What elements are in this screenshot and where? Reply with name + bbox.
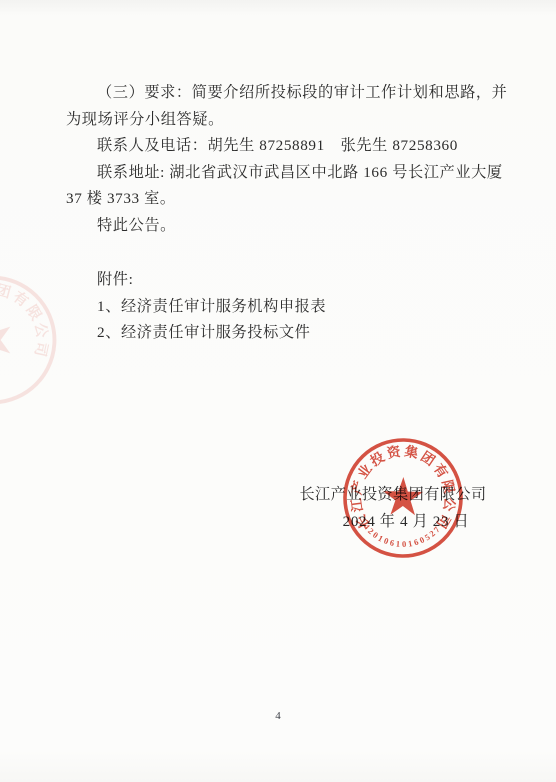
faint-seal-arc-text: 长江产业投资集团有限公司 <box>0 265 60 394</box>
attachments-label: 附件: <box>66 267 496 294</box>
body-line-address-cont: 37 楼 3733 室。 <box>66 186 496 213</box>
body-line: （三）要求：简要介绍所投标段的审计工作计划和思路，并 <box>66 80 496 107</box>
document-page: （三）要求：简要介绍所投标段的审计工作计划和思路，并 为现场评分小组答疑。 联系… <box>0 0 556 782</box>
company-seal: 长江产业投资集团有限公司 42010610160527 <box>337 432 469 564</box>
body-line-address: 联系地址: 湖北省武汉市武昌区中北路 166 号长江产业大厦 <box>66 160 496 187</box>
body-line: 为现场评分小组答疑。 <box>66 107 496 134</box>
body-text-block: （三）要求：简要介绍所投标段的审计工作计划和思路，并 为现场评分小组答疑。 联系… <box>66 80 496 240</box>
page-number: 4 <box>0 710 556 722</box>
attachment-item: 2、经济责任审计服务投标文件 <box>66 320 496 347</box>
attachments-block: 附件: 1、经济责任审计服务机构申报表 2、经济责任审计服务投标文件 <box>66 267 496 347</box>
body-line-contacts: 联系人及电话：胡先生 87258891 张先生 87258360 <box>66 133 496 160</box>
seal-serial-number: 42010610160527 <box>361 522 443 550</box>
faint-seal-star-icon <box>0 312 18 364</box>
attachment-item: 1、经济责任审计服务机构申报表 <box>66 294 496 321</box>
seal-star-icon <box>383 477 424 516</box>
body-line-announcement: 特此公告。 <box>66 213 496 240</box>
